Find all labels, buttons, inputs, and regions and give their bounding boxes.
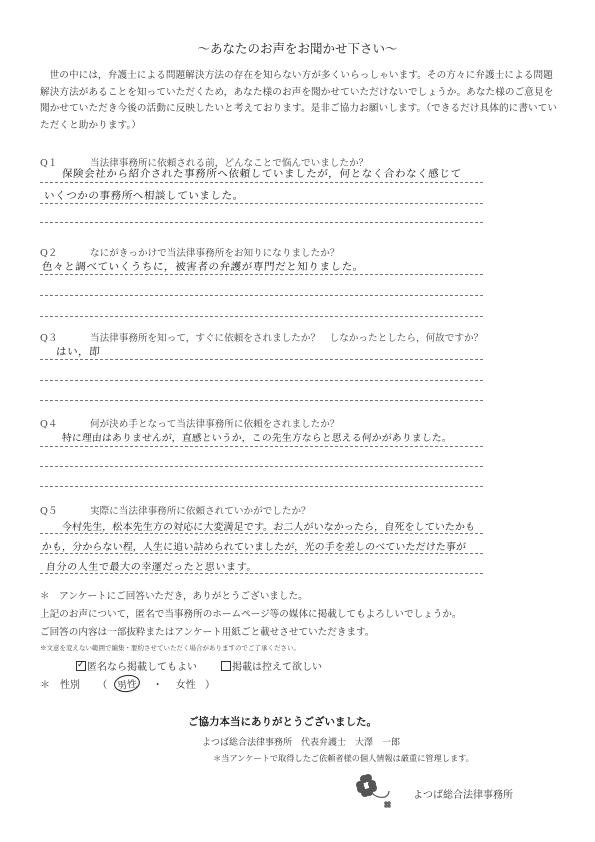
answer-4-rule-1	[40, 446, 483, 447]
gender-separator: ・	[153, 680, 163, 691]
question-text: なにがきっかけで当法律事務所をお知りになりましたか？	[90, 248, 339, 259]
answer-4-rule-3	[40, 486, 483, 487]
gender-field: ＊ 性別 （ 男性 ・ 女性 ）	[40, 676, 215, 691]
answer-3-rule-3	[40, 400, 483, 401]
publish-note: ご回答の内容は一部抜粋またはアンケート用紙ごと載せさせていただきます。	[40, 624, 374, 638]
answer-1-line-1: 保険会社から紹介された事務所へ依頼していましたが，何となく合わなく感じて	[61, 166, 462, 181]
answer-3-rule-2	[40, 380, 483, 381]
answer-5-rule-3	[40, 573, 483, 574]
publish-question: 上記のお声について，匿名で当事務所のホームページ等の媒体に掲載してもよろしいでし…	[40, 606, 462, 620]
answer-2-line-1: 色々と調べていくうちに，被害者の弁護が専門だと知りました。	[41, 259, 364, 274]
answer-3-line-1: はい，即	[55, 344, 100, 359]
question-text: 当法律事務所を知って，すぐに依頼をされましたか？ しなかったとしたら，何故ですか…	[90, 333, 483, 344]
checkbox-decline[interactable]	[221, 661, 231, 671]
gender-option-female[interactable]: 女性	[176, 680, 196, 691]
answer-3-rule-1	[40, 359, 483, 360]
publish-option-decline[interactable]: 掲載は控えて欲しい	[221, 658, 322, 673]
answer-5-line-1: 今村先生，松本先生方の対応に大変満足です。お二人がいなかったら，自死をしていたか…	[61, 518, 475, 533]
gender-close-paren: ）	[205, 680, 215, 691]
question-4: Q４何が決め手となって当法律事務所に依頼をされましたか？	[40, 416, 339, 430]
closing-thanks: ＊ アンケートにご回答いただき，ありがとうございました。	[40, 588, 308, 602]
privacy-note: ＊当アンケートで取得したご依頼者様の個人情報は厳重に管理します。	[213, 753, 474, 764]
answer-1-rule-1	[40, 182, 483, 183]
page-title: 〜あなたのお声をお聞かせ下さい〜	[0, 39, 595, 57]
question-number: Q４	[40, 416, 90, 430]
question-5: Q５実際に当法律事務所に依頼されていかがでしたか？	[40, 503, 311, 517]
answer-5-line-2: かも，分からない程，人生に追い詰められていましたが，光の手を差しのべていただけた…	[41, 538, 466, 553]
answer-1-rule-3	[40, 222, 483, 223]
gender-option-male-selected[interactable]: 男性	[113, 673, 141, 693]
edit-note: ※文意を変えない範囲で編集・要約させていただく場合がありますのでご了承ください。	[40, 643, 300, 652]
question-3: Q３当法律事務所を知って，すぐに依頼をされましたか？ しなかったとしたら，何故で…	[40, 330, 483, 344]
answer-1-line-2: いくつかの事務所へ相談していました。	[43, 188, 244, 203]
answer-2-rule-1	[40, 274, 483, 275]
publish-option-anonymous[interactable]: 匿名なら掲載してもよい	[76, 658, 197, 673]
answer-2-rule-3	[40, 316, 483, 317]
question-2: Q２なにがきっかけで当法律事務所をお知りになりましたか？	[40, 245, 339, 259]
footer-signature: よつば総合法律事務所 代表弁護士 大澤 一郎	[202, 735, 400, 748]
answer-5-rule-2	[40, 553, 483, 554]
footer-thanks: ご協力本当にありがとうございました。	[188, 714, 377, 729]
intro-paragraph: 世の中には，弁護士による問題解決方法の存在を知らない方が多くいらっしゃいます。そ…	[40, 68, 560, 134]
intro-text: 世の中には，弁護士による問題解決方法の存在を知らない方が多くいらっしゃいます。そ…	[40, 68, 560, 134]
answer-4-line-1: 特に理由はありませんが，直感というか，この先生方ならと思える何かがありました。	[62, 430, 453, 444]
question-text: 実際に当法律事務所に依頼されていかがでしたか？	[90, 506, 311, 517]
clover-logo-icon	[355, 773, 399, 813]
answer-4-rule-2	[40, 466, 483, 467]
gender-prefix: ＊ 性別	[40, 680, 80, 691]
question-number: Q３	[40, 330, 90, 344]
question-number: Q５	[40, 503, 90, 517]
firm-logo-text: よつば総合法律事務所	[413, 786, 513, 801]
question-number: Q２	[40, 245, 90, 259]
checkbox-anonymous-checked[interactable]	[76, 661, 86, 671]
answer-2-rule-2	[40, 295, 483, 296]
option-label: 掲載は控えて欲しい	[232, 662, 322, 673]
answer-5-rule-1	[40, 533, 483, 534]
question-text: 何が決め手となって当法律事務所に依頼をされましたか？	[90, 419, 339, 430]
answer-1-rule-2	[40, 203, 483, 204]
gender-open-paren: （	[97, 680, 107, 691]
option-label: 匿名なら掲載してもよい	[87, 662, 197, 673]
answer-5-line-3: 自分の人生で最大の幸運だったと思います。	[45, 558, 257, 573]
